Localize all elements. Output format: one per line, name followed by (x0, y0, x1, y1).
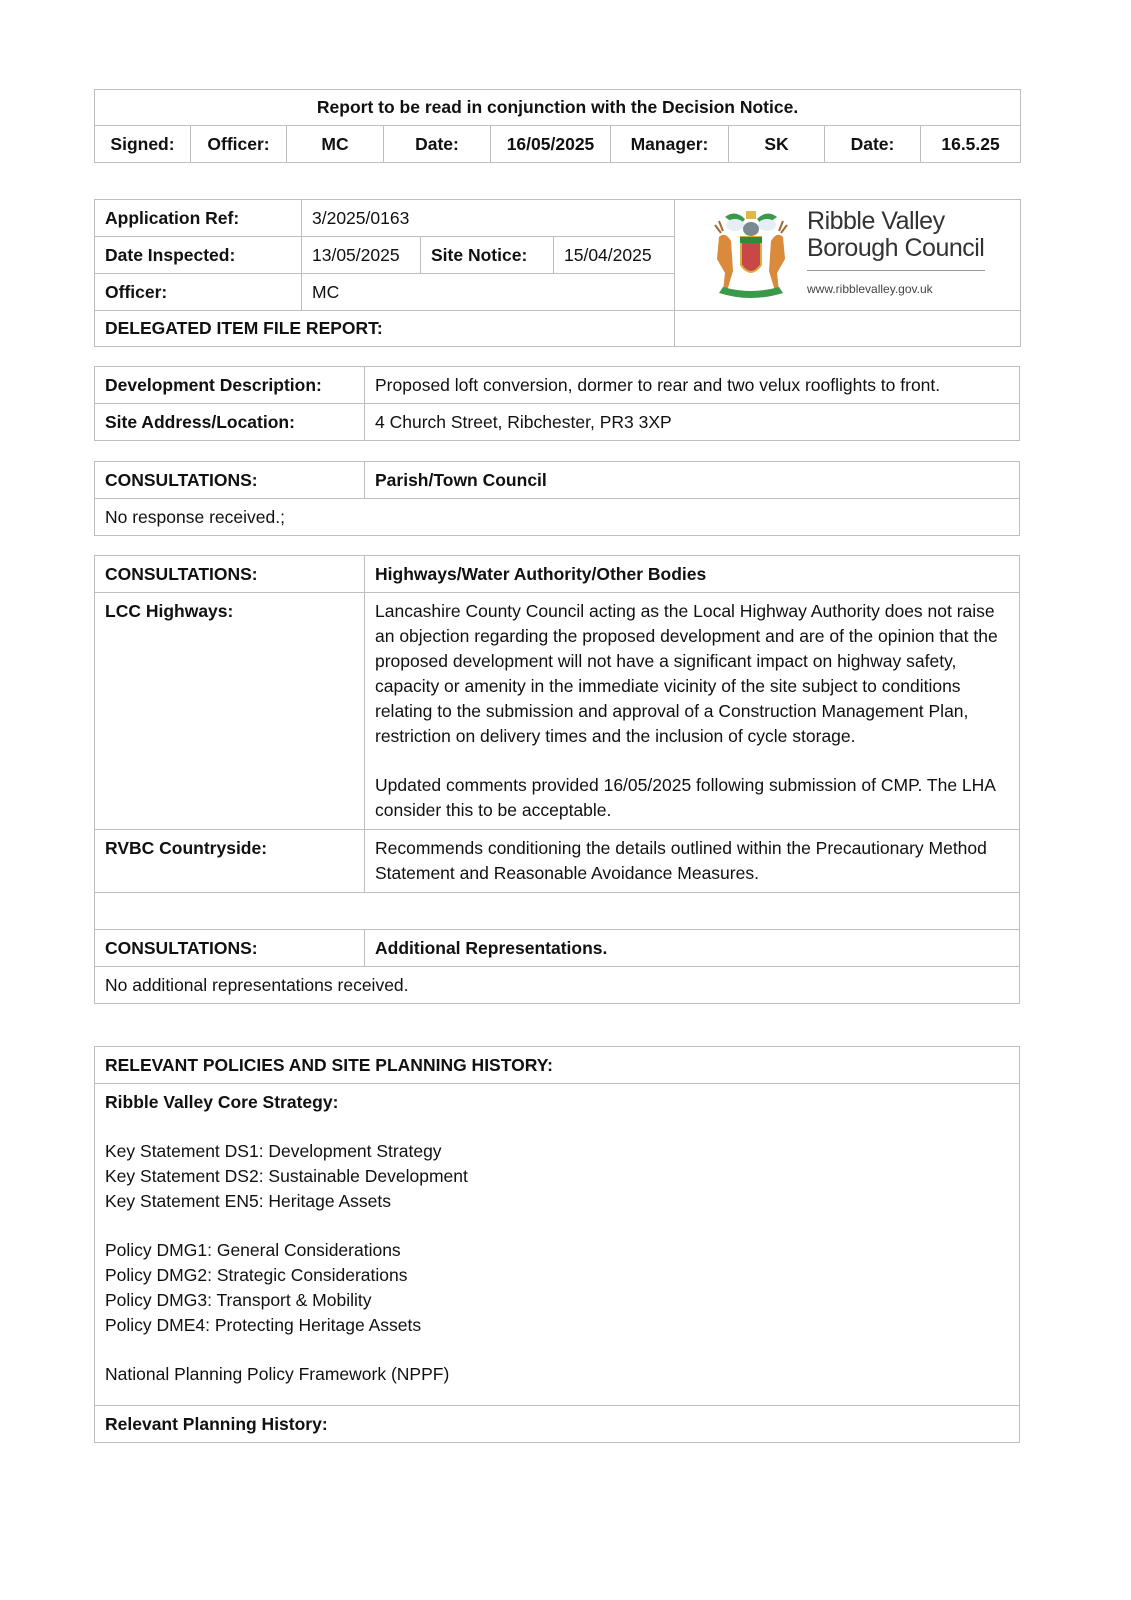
key-statement: Key Statement EN5: Heritage Assets (105, 1189, 1009, 1214)
rvbc-countryside-label: RVBC Countryside: (95, 830, 365, 893)
parish-consultation-table: CONSULTATIONS: Parish/Town Council No re… (94, 461, 1020, 536)
highways-consultation-table: CONSULTATIONS: Highways/Water Authority/… (94, 555, 1020, 1004)
manager-label: Manager: (611, 126, 729, 163)
policy-item: Policy DMG2: Strategic Considerations (105, 1263, 1009, 1288)
application-ref-label: Application Ref: (95, 200, 302, 237)
consultations-label: CONSULTATIONS: (95, 462, 365, 499)
manager-initials: SK (729, 126, 825, 163)
lcc-highways-comment: Lancashire County Council acting as the … (365, 593, 1020, 830)
development-table: Development Description: Proposed loft c… (94, 366, 1020, 441)
officer-date-label: Date: (384, 126, 491, 163)
officer-initials: MC (287, 126, 384, 163)
consultee-parish: Parish/Town Council (365, 462, 1020, 499)
parish-response: No response received.; (95, 499, 1020, 536)
logo-divider (807, 270, 985, 271)
consultations-label: CONSULTATIONS: (95, 556, 365, 593)
site-address-label: Site Address/Location: (95, 404, 365, 441)
council-name-line2: Borough Council (807, 235, 985, 262)
council-url[interactable]: www.ribblevalley.gov.uk (807, 277, 985, 302)
nppf-reference: National Planning Policy Framework (NPPF… (105, 1362, 1009, 1387)
rvbc-countryside-comment: Recommends conditioning the details outl… (365, 830, 1020, 893)
date-inspected-label: Date Inspected: (95, 237, 302, 274)
application-ref-value: 3/2025/0163 (302, 200, 675, 237)
council-logo: Ribble Valley Borough Council www.ribble… (675, 200, 1021, 311)
development-description-label: Development Description: (95, 367, 365, 404)
signed-label: Signed: (95, 126, 191, 163)
policies-table: RELEVANT POLICIES AND SITE PLANNING HIST… (94, 1046, 1020, 1443)
officer-value: MC (302, 274, 675, 311)
policy-item: Policy DMG3: Transport & Mobility (105, 1288, 1009, 1313)
site-address-value: 4 Church Street, Ribchester, PR3 3XP (365, 404, 1020, 441)
officer-label: Officer: (95, 274, 302, 311)
blank-row (95, 893, 1020, 930)
policies-body: Ribble Valley Core Strategy: Key Stateme… (95, 1084, 1020, 1406)
lcc-paragraph-2: Updated comments provided 16/05/2025 fol… (375, 773, 1009, 823)
date-inspected-value: 13/05/2025 (302, 237, 421, 274)
lcc-paragraph-1: Lancashire County Council acting as the … (375, 599, 1009, 749)
policy-item: Policy DME4: Protecting Heritage Assets (105, 1313, 1009, 1338)
manager-date: 16.5.25 (921, 126, 1021, 163)
core-strategy-heading: Ribble Valley Core Strategy: (105, 1090, 1009, 1115)
key-statement: Key Statement DS1: Development Strategy (105, 1139, 1009, 1164)
consultations-label: CONSULTATIONS: (95, 930, 365, 967)
consultee-highways: Highways/Water Authority/Other Bodies (365, 556, 1020, 593)
additional-response: No additional representations received. (95, 967, 1020, 1004)
decision-notice-note: Report to be read in conjunction with th… (95, 90, 1021, 126)
planning-history-heading: Relevant Planning History: (95, 1406, 1020, 1443)
coat-of-arms-icon (705, 207, 797, 303)
lcc-highways-label: LCC Highways: (95, 593, 365, 830)
development-description-value: Proposed loft conversion, dormer to rear… (365, 367, 1020, 404)
officer-date: 16/05/2025 (491, 126, 611, 163)
consultee-additional: Additional Representations. (365, 930, 1020, 967)
policy-item: Policy DMG1: General Considerations (105, 1238, 1009, 1263)
policies-heading: RELEVANT POLICIES AND SITE PLANNING HIST… (95, 1047, 1020, 1084)
signoff-table: Report to be read in conjunction with th… (94, 89, 1021, 163)
key-statement: Key Statement DS2: Sustainable Developme… (105, 1164, 1009, 1189)
council-name-line1: Ribble Valley (807, 208, 985, 235)
manager-date-label: Date: (825, 126, 921, 163)
officer-label: Officer: (191, 126, 287, 163)
site-notice-value: 15/04/2025 (554, 237, 675, 274)
empty-cell (675, 311, 1021, 347)
report-type: DELEGATED ITEM FILE REPORT: (95, 311, 675, 347)
site-notice-label: Site Notice: (421, 237, 554, 274)
application-table: Application Ref: 3/2025/0163 (94, 199, 1021, 347)
